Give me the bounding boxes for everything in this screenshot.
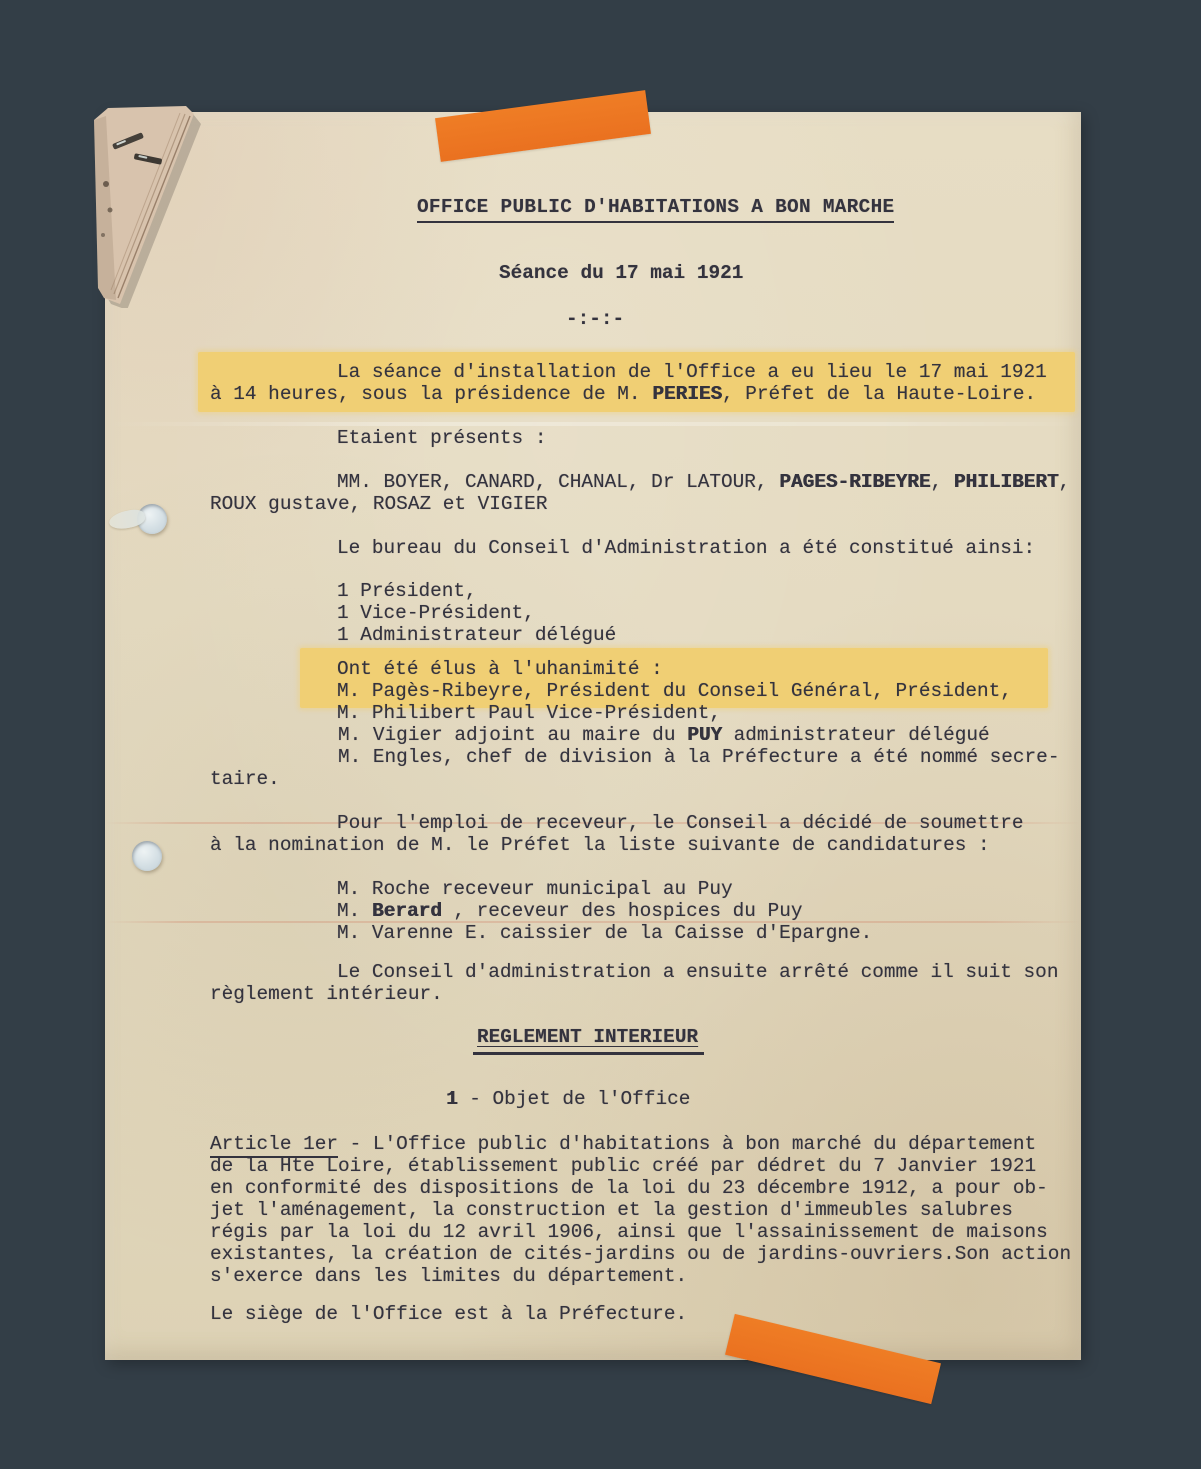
installation-line2-post: , Préfet de la Haute-Loire.	[722, 383, 1036, 405]
paragraph-elected-highlighted: Ont été élus à l'uhanimité : M. Pagès-Ri…	[300, 648, 1048, 708]
elected-rest-pre: M. Philibert Paul Vice-Président, M. Vig…	[210, 702, 721, 746]
heading-objet-rest: - Objet de l'Office	[458, 1088, 691, 1110]
document-page: OFFICE PUBLIC D'HABITATIONS A BON MARCHE…	[105, 112, 1081, 1360]
attendees-pre: MM. BOYER, CANARD, CHANAL, Dr LATOUR,	[337, 471, 779, 493]
heading-objet: 1 - Objet de l'Office	[446, 1088, 1081, 1110]
paragraph-conseil: Le Conseil d'administration a ensuite ar…	[210, 961, 1081, 1005]
doc-title: OFFICE PUBLIC D'HABITATIONS A BON MARCHE	[417, 196, 894, 223]
name-berard: Berard	[372, 900, 442, 922]
name-puy: PUY	[687, 724, 722, 746]
paragraph-attendees: MM. BOYER, CANARD, CHANAL, Dr LATOUR, PA…	[210, 471, 1081, 515]
separator-mark: -:-:-	[566, 308, 1081, 330]
name-pages-ribeyre: PAGES-RIBEYRE	[779, 471, 930, 493]
installation-line2-pre: à 14 heures, sous la présidence de M.	[210, 383, 652, 405]
paragraph-bureau: Le bureau du Conseil d'Administration a …	[210, 537, 1081, 559]
installation-line1: La séance d'installation de l'Office a e…	[337, 361, 1047, 383]
folded-corner-paper	[90, 104, 222, 308]
article1-body: - L'Office public d'habitations à bon ma…	[210, 1133, 1071, 1287]
session-date: Séance du 17 mai 1921	[499, 262, 1081, 284]
list-bureau-roles: 1 Président, 1 Vice-Président, 1 Adminis…	[210, 580, 1081, 646]
heading-reglement-text: REGLEMENT INTERIEUR	[473, 1026, 704, 1055]
paragraph-article1: Article 1er - L'Office public d'habitati…	[210, 1133, 1081, 1287]
paragraph-siege: Le siège de l'Office est à la Préfecture…	[210, 1303, 1081, 1325]
paragraph-installation-highlighted: La séance d'installation de l'Office a e…	[198, 352, 1075, 412]
heading-present: Etaient présents :	[210, 427, 1081, 449]
heading-objet-number: 1	[446, 1088, 458, 1110]
heading-reglement: REGLEMENT INTERIEUR	[473, 1026, 1081, 1055]
name-philibert: PHILIBERT	[954, 471, 1059, 493]
paragraph-receveur: Pour l'emploi de receveur, le Conseil a …	[210, 812, 1081, 856]
attendees-mid: ,	[930, 471, 953, 493]
name-peries: PERIES	[652, 383, 722, 405]
paragraph-elected-rest: M. Philibert Paul Vice-Président, M. Vig…	[210, 702, 1081, 790]
scanned-document-scene: OFFICE PUBLIC D'HABITATIONS A BON MARCHE…	[0, 0, 1201, 1469]
typewritten-content: OFFICE PUBLIC D'HABITATIONS A BON MARCHE…	[105, 112, 1081, 1360]
list-candidates: M. Roche receveur municipal au Puy M. Be…	[210, 878, 1081, 944]
